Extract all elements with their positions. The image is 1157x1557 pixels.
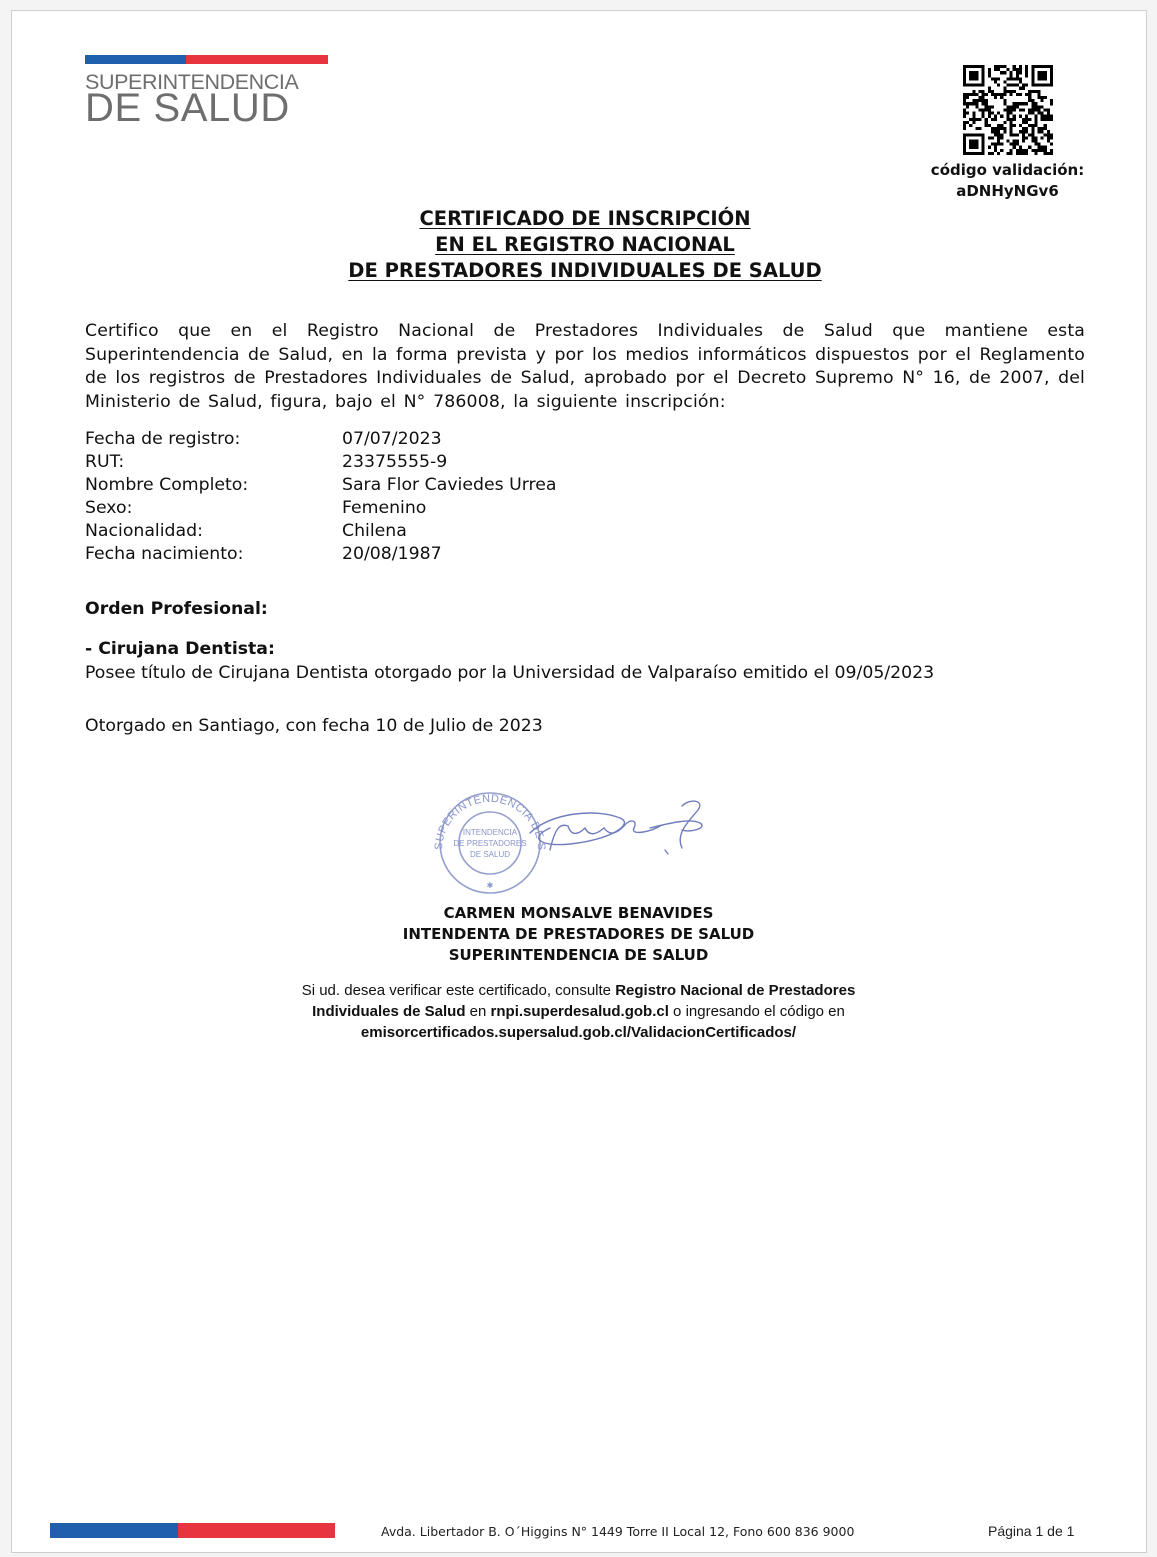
verify-text-2: en [470,1003,491,1020]
svg-text:✱: ✱ [487,881,494,890]
validation-block: código validación: aDNHyNGv6 [905,65,1110,202]
field-value: Sara Flor Caviedes Urrea [342,474,556,497]
registration-details: Fecha de registro: 07/07/2023 RUT: 23375… [85,428,556,566]
title-line-2: EN EL REGISTRO NACIONAL [435,233,735,256]
field-row-full-name: Nombre Completo: Sara Flor Caviedes Urre… [85,474,556,497]
validation-code: aDNHyNGv6 [905,181,1110,202]
rnpi-link[interactable]: rnpi.superdesalud.gob.cl [491,1003,669,1020]
field-row-birth-date: Fecha nacimiento: 20/08/1987 [85,543,556,566]
field-label: Sexo: [85,497,342,520]
title-line-3: DE PRESTADORES INDIVIDUALES DE SALUD [348,259,821,282]
profession-description: Posee título de Cirujana Dentista otorga… [85,663,934,683]
registry-name-continued: Individuales de Salud [312,1003,465,1020]
field-label: Nacionalidad: [85,520,342,543]
signer-name: CARMEN MONSALVE BENAVIDES [0,903,1157,924]
field-row-sex: Sexo: Femenino [85,497,556,520]
field-value: Chilena [342,520,407,543]
field-label: Nombre Completo: [85,474,342,497]
field-row-registration-date: Fecha de registro: 07/07/2023 [85,428,556,451]
validation-label: código validación: [905,160,1110,181]
svg-text:DE PRESTADORES: DE PRESTADORES [453,839,526,848]
field-row-rut: RUT: 23375555-9 [85,451,556,474]
signer-block: CARMEN MONSALVE BENAVIDES INTENDENTA DE … [0,903,1157,966]
registry-name: Registro Nacional de Prestadores [615,982,855,999]
field-value: Femenino [342,497,426,520]
granted-statement: Otorgado en Santiago, con fecha 10 de Ju… [85,716,543,736]
signature-stamp-icon: SUPERINTENDENCIA DE SALUD INTENDENCIA DE… [420,788,730,898]
footer-color-bar [50,1523,335,1538]
page-number: Página 1 de 1 [988,1523,1074,1539]
logo-text-line2: DE SALUD [85,91,330,125]
field-value: 20/08/1987 [342,543,442,566]
verification-note: Si ud. desea verificar este certificado,… [0,980,1157,1043]
field-label: Fecha nacimiento: [85,543,342,566]
field-value: 23375555-9 [342,451,447,474]
verify-text-1: Si ud. desea verificar este certificado,… [302,982,616,999]
validation-url-link[interactable]: emisorcertificados.supersalud.gob.cl/Val… [361,1024,796,1041]
verify-text-3: o ingresando el código en [669,1003,845,1020]
superintendencia-logo: SUPERINTENDENCIA DE SALUD [85,55,330,125]
professional-order-heading: Orden Profesional: [85,599,268,619]
document-title: CERTIFICADO DE INSCRIPCIÓN EN EL REGISTR… [0,206,1157,284]
svg-text:DE SALUD: DE SALUD [470,850,510,859]
profession-title: - Cirujana Dentista: [85,639,275,659]
field-label: Fecha de registro: [85,428,342,451]
field-value: 07/07/2023 [342,428,442,451]
footer-address: Avda. Libertador B. O´Higgins N° 1449 To… [381,1524,854,1539]
qr-code-icon [963,65,1053,155]
signer-institution: SUPERINTENDENCIA DE SALUD [0,945,1157,966]
logo-color-bar [85,55,328,64]
certification-paragraph: Certifico que en el Registro Nacional de… [85,320,1085,414]
field-label: RUT: [85,451,342,474]
field-row-nationality: Nacionalidad: Chilena [85,520,556,543]
signer-position: INTENDENTA DE PRESTADORES DE SALUD [0,924,1157,945]
title-line-1: CERTIFICADO DE INSCRIPCIÓN [419,207,750,230]
svg-text:INTENDENCIA: INTENDENCIA [463,828,518,837]
